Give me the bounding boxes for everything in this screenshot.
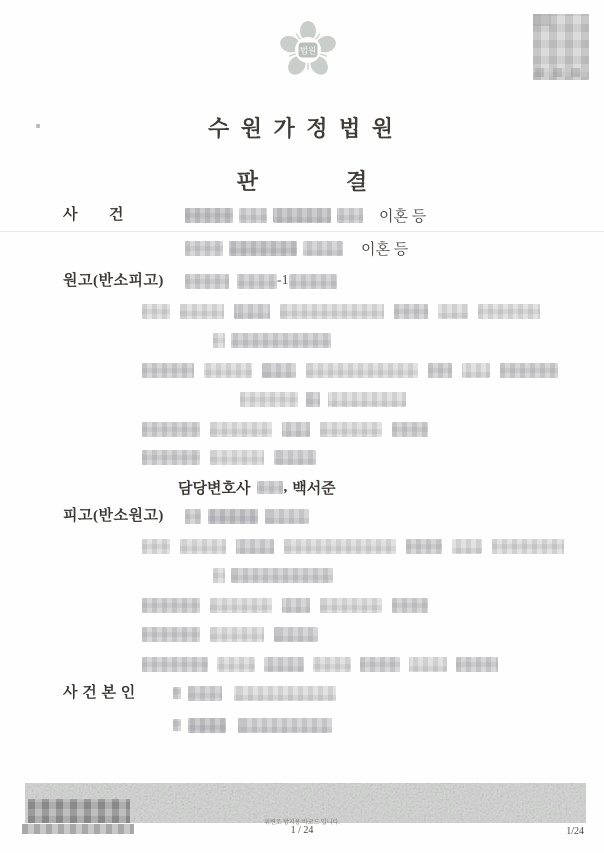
redacted-text xyxy=(438,304,468,319)
principal-row xyxy=(173,715,332,735)
redacted-name xyxy=(217,657,255,672)
redacted-counsel-row xyxy=(142,624,318,644)
redacted-text xyxy=(280,304,384,319)
redacted-text xyxy=(213,333,225,348)
redacted-text xyxy=(231,333,331,348)
redacted-text xyxy=(428,363,452,378)
court-name: 수 원 가 정 법 원 xyxy=(0,112,604,143)
redacted-text xyxy=(142,657,208,672)
case-type: 이혼 등 xyxy=(379,205,426,226)
redacted-text xyxy=(328,392,406,407)
redacted-case-number xyxy=(273,208,331,223)
redacted-birthdate xyxy=(234,686,336,701)
redacted-name xyxy=(313,657,351,672)
redacted-text xyxy=(142,539,170,554)
redacted-text xyxy=(406,539,442,554)
redacted-text xyxy=(142,450,200,465)
redacted-service-address-row xyxy=(142,360,558,380)
redacted-text xyxy=(462,363,490,378)
redacted-text xyxy=(306,363,418,378)
redacted-text xyxy=(213,568,225,583)
redacted-attorneys-row xyxy=(142,654,498,674)
redacted-text xyxy=(478,304,540,319)
redacted-address-row xyxy=(142,536,564,556)
redacted-text xyxy=(274,450,316,465)
redacted-attorney-name xyxy=(257,481,283,494)
redacted-name xyxy=(264,657,304,672)
redacted-text xyxy=(282,598,310,613)
redacted-name xyxy=(185,509,201,524)
redacted-text xyxy=(142,422,200,437)
redacted-text xyxy=(210,627,264,642)
redacted-text xyxy=(320,598,382,613)
defendant-label: 피고(반소원고) xyxy=(63,506,164,526)
redacted-text xyxy=(452,539,482,554)
redacted-text xyxy=(306,392,320,407)
redacted-case-number xyxy=(239,208,267,223)
redacted-case-number xyxy=(185,241,223,256)
plaintiff-attorney-row: 담당변호사 , 백서준 xyxy=(178,477,336,497)
redacted-text xyxy=(210,422,272,437)
redacted-text xyxy=(142,598,200,613)
defendant-name-row xyxy=(185,506,309,526)
redacted-index xyxy=(173,687,181,699)
redacted-text xyxy=(234,304,270,319)
redacted-text xyxy=(394,304,428,319)
redacted-registry-row xyxy=(142,419,428,439)
case-label: 사 건 xyxy=(63,205,124,225)
redacted-text xyxy=(320,422,382,437)
stamp-pixel-dark xyxy=(533,14,551,26)
principal-row xyxy=(173,683,336,703)
redacted-birthdate xyxy=(238,718,332,733)
scan-artifact-line xyxy=(0,231,604,232)
redacted-name xyxy=(208,509,258,524)
redacted-text xyxy=(236,539,274,554)
redacted-service-address-continued xyxy=(240,389,406,409)
redacted-text xyxy=(492,539,564,554)
stamp-pixel-row xyxy=(535,68,587,77)
redacted-text xyxy=(180,304,224,319)
redacted-text xyxy=(284,539,396,554)
redacted-name xyxy=(289,274,337,289)
redacted-text xyxy=(500,363,558,378)
name-visible-fragment: -1 xyxy=(277,273,289,289)
redacted-text xyxy=(262,363,296,378)
redacted-address-row xyxy=(142,301,540,321)
redacted-registry-row xyxy=(142,595,428,615)
attorney-comma: , xyxy=(283,479,287,496)
redacted-stamp xyxy=(533,14,589,80)
redacted-text xyxy=(392,422,428,437)
case-entry-row: 이혼 등 xyxy=(185,238,408,258)
redacted-name xyxy=(237,274,277,289)
page-number-right: 1/24 xyxy=(540,826,584,837)
plaintiff-name-row: -1 xyxy=(185,271,337,291)
court-seal-icon: 법원 xyxy=(276,18,340,82)
redacted-name xyxy=(188,718,226,733)
redacted-name xyxy=(265,509,309,524)
redacted-case-number xyxy=(337,208,363,223)
redacted-index xyxy=(173,719,181,731)
redacted-case-number xyxy=(303,241,343,256)
redacted-case-number xyxy=(185,208,233,223)
redacted-text xyxy=(142,627,200,642)
redacted-text xyxy=(204,363,252,378)
plaintiff-label: 원고(반소피고) xyxy=(63,271,164,291)
principal-label: 사 건 본 인 xyxy=(63,683,136,703)
redacted-text xyxy=(231,568,333,583)
case-entry-row: 이혼 등 xyxy=(185,205,426,225)
redacted-text xyxy=(210,598,272,613)
case-type: 이혼 등 xyxy=(361,238,408,259)
redacted-text xyxy=(142,304,170,319)
redacted-text xyxy=(240,392,298,407)
document-title: 판 결 xyxy=(0,165,604,196)
redacted-text xyxy=(392,598,428,613)
attorney-label: 담당변호사 xyxy=(178,477,250,498)
seal-label: 법원 xyxy=(300,46,316,56)
redacted-text xyxy=(282,422,310,437)
redacted-name xyxy=(185,274,229,289)
judgment-document: 법원 수 원 가 정 법 원 판 결 사 건 이혼 등 이혼 등 원고(반소피고… xyxy=(0,0,604,853)
redacted-case-number xyxy=(229,241,297,256)
redacted-name xyxy=(409,657,447,672)
redacted-address-continued xyxy=(213,565,333,585)
attorney-name: 백서준 xyxy=(292,477,335,498)
redacted-counsel-row xyxy=(142,447,316,467)
redacted-address-continued xyxy=(213,330,331,350)
redacted-name xyxy=(360,657,400,672)
page-number-center: 1 / 24 xyxy=(0,825,604,836)
redacted-name xyxy=(456,657,498,672)
redacted-text xyxy=(142,363,194,378)
redacted-name xyxy=(188,686,222,701)
redacted-text xyxy=(180,539,226,554)
redacted-text xyxy=(274,627,318,642)
redacted-text xyxy=(210,450,264,465)
